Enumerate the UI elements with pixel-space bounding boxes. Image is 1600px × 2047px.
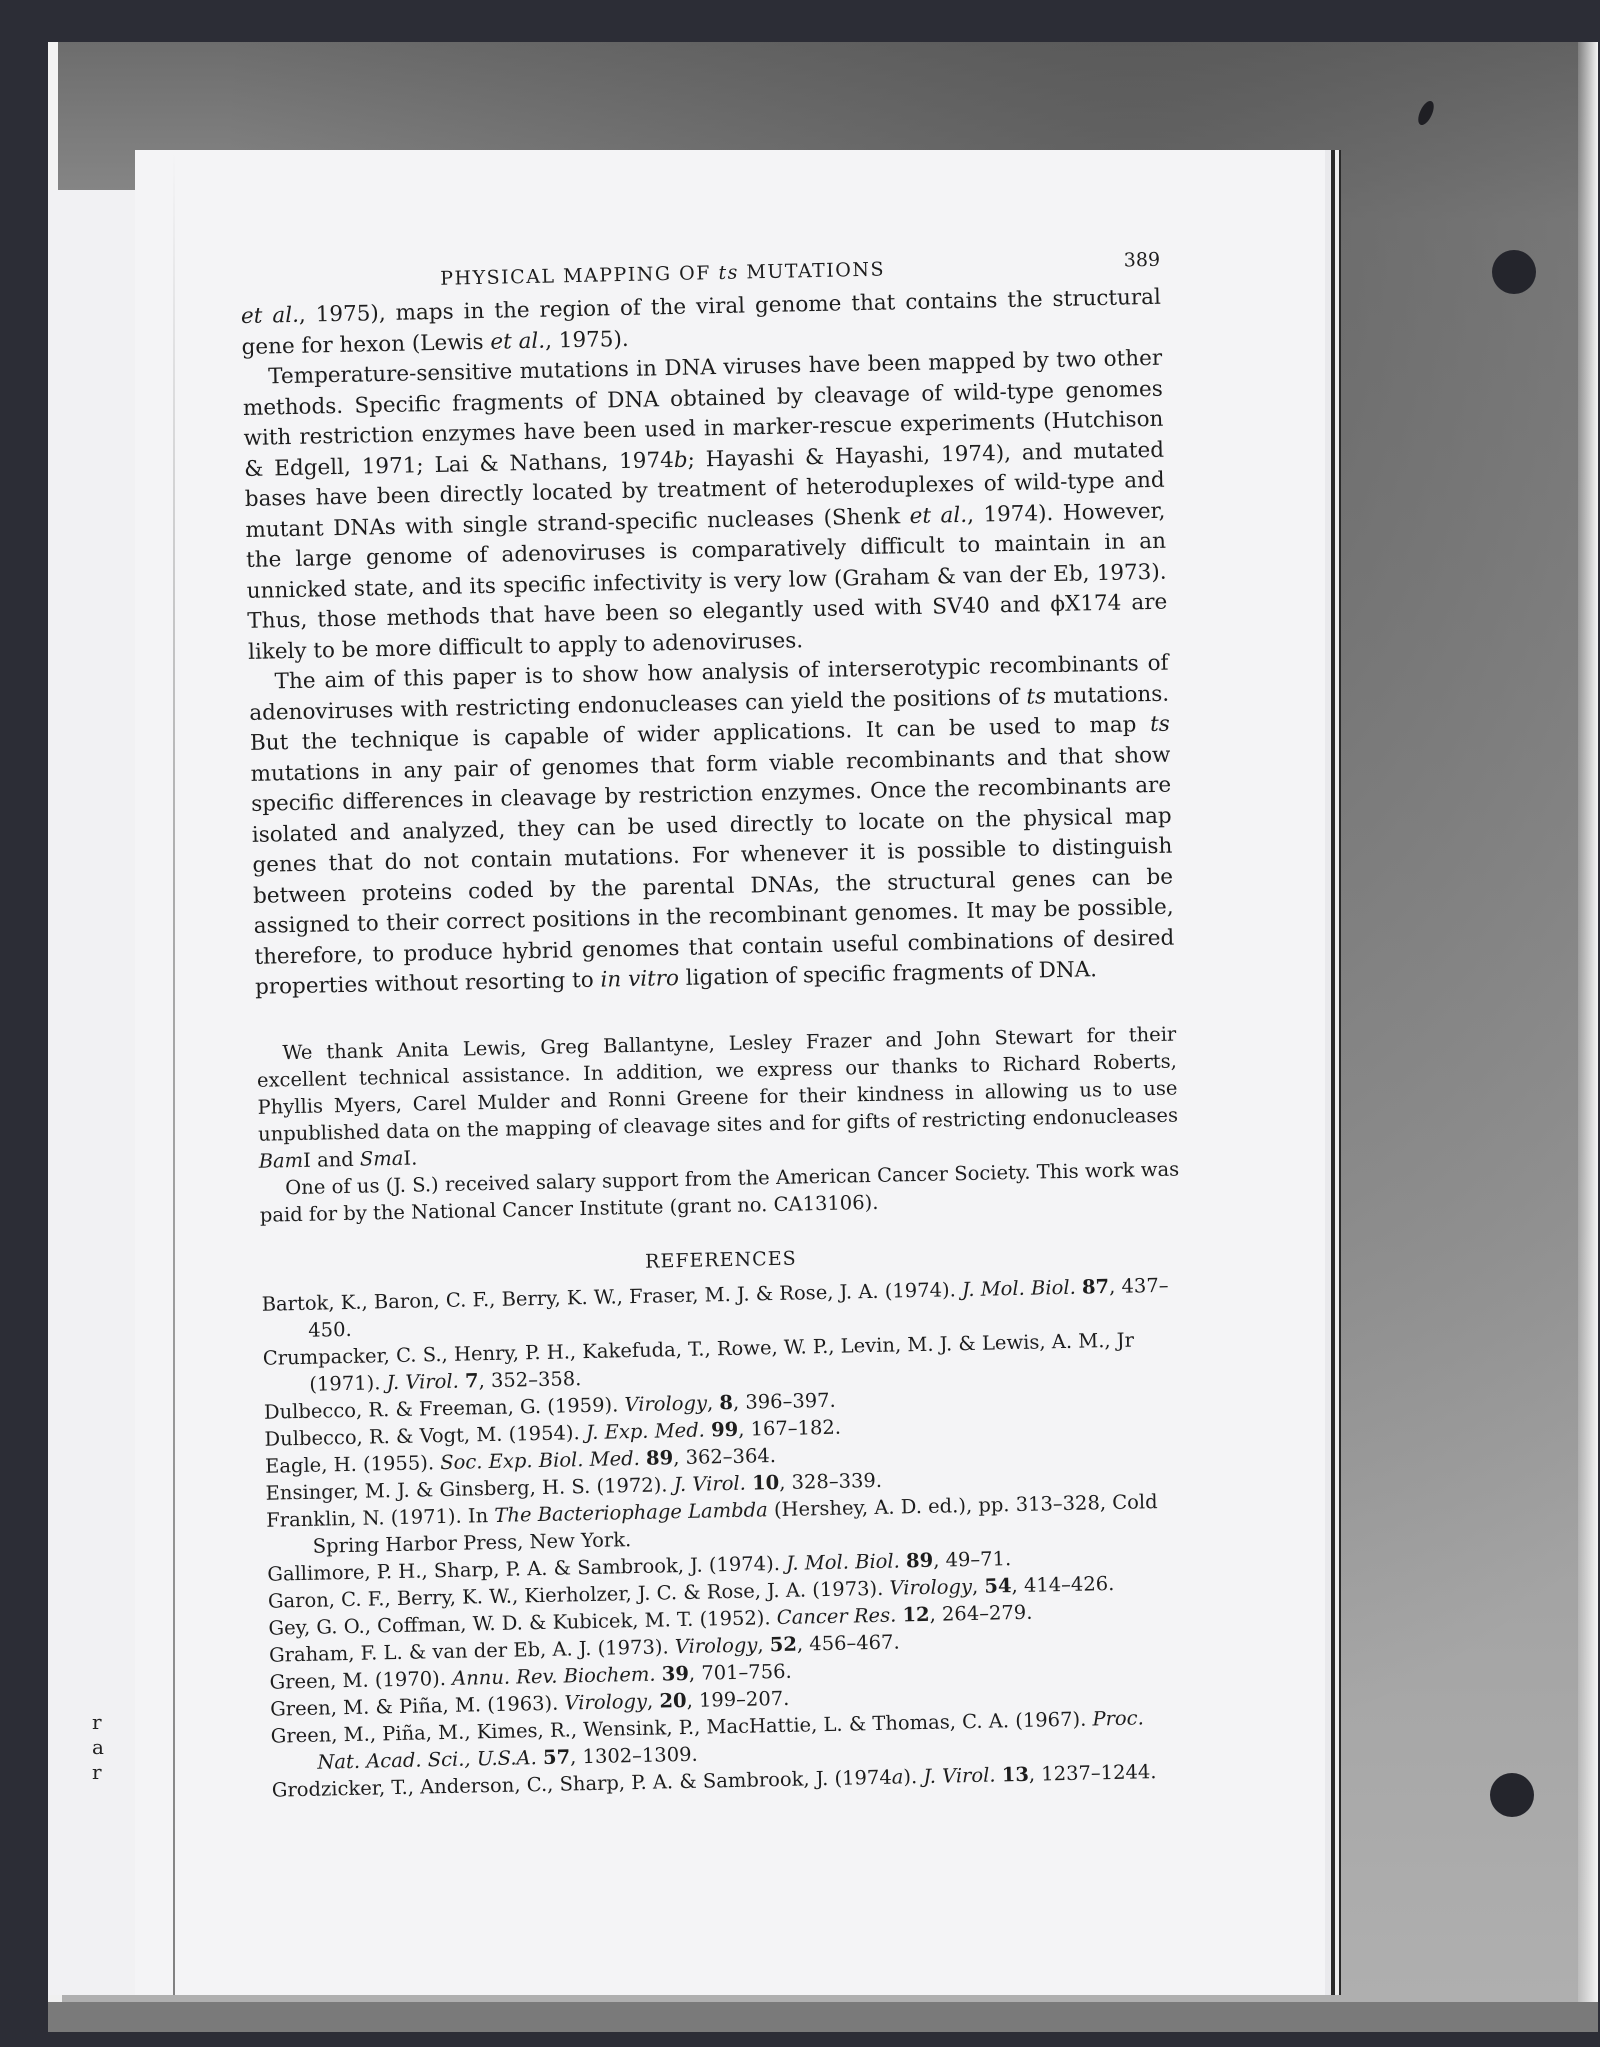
body-paragraph: The aim of this paper is to show how ana… — [248, 649, 1175, 1004]
page-gutter — [173, 150, 175, 1995]
page-number: 389 — [1123, 245, 1160, 276]
backing-right-edge — [1578, 42, 1598, 2032]
page-text: PHYSICAL MAPPING OF ts MUTATIONS 389 et … — [240, 249, 1192, 1804]
binder-hole-bottom — [1490, 1773, 1534, 1817]
reference-list: Bartok, K., Baron, C. F., Berry, K. W., … — [261, 1272, 1192, 1804]
binder-hole-top — [1492, 250, 1536, 294]
margin-mark: r — [92, 1760, 102, 1784]
margin-mark: a — [92, 1735, 104, 1759]
acknowledgement-paragraph: We thank Anita Lewis, Greg Ballantyne, L… — [256, 1020, 1179, 1174]
margin-mark: r — [92, 1710, 102, 1734]
facing-page-edge: r a r — [48, 190, 136, 1995]
body-paragraph: Temperature-sensitive mutations in DNA v… — [242, 344, 1168, 668]
backing-bottom-shadow — [48, 2002, 1598, 2032]
